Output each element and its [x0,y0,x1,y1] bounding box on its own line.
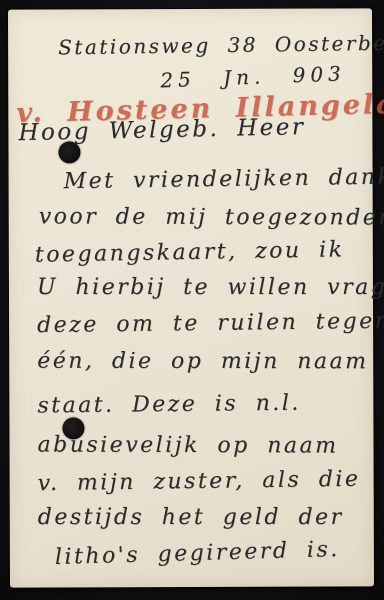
body-line: voor de mij toegezonden [39,204,384,230]
body-line: U hierbij te willen vragen, [37,275,384,300]
address-line: Stationsweg 38 Oosterbeek [58,30,384,59]
body-line: deze om te ruilen tegen [37,309,384,338]
body-line: staat. Deze is n.l. [37,391,301,419]
body-line: v. mijn zuster, als die [37,467,360,497]
salutation-line: Hoog Welgeb. Heer [18,114,305,146]
photo-background: Stationsweg 38 Oosterbeek 25 Jn. 903 v. … [0,0,384,600]
date-line: 25 Jn. 903 [160,61,346,92]
body-line: Met vriendelijken dank [63,165,384,195]
letter-card: Stationsweg 38 Oosterbeek 25 Jn. 903 v. … [8,8,374,587]
body-line: toegangskaart, zou ik [35,237,345,267]
body-line: één, die op mijn naam [37,349,368,375]
body-line: litho's gegireerd is. [55,537,340,570]
body-line: abusievelijk op naam [37,432,338,458]
body-line: destijds het geld der [38,505,344,530]
